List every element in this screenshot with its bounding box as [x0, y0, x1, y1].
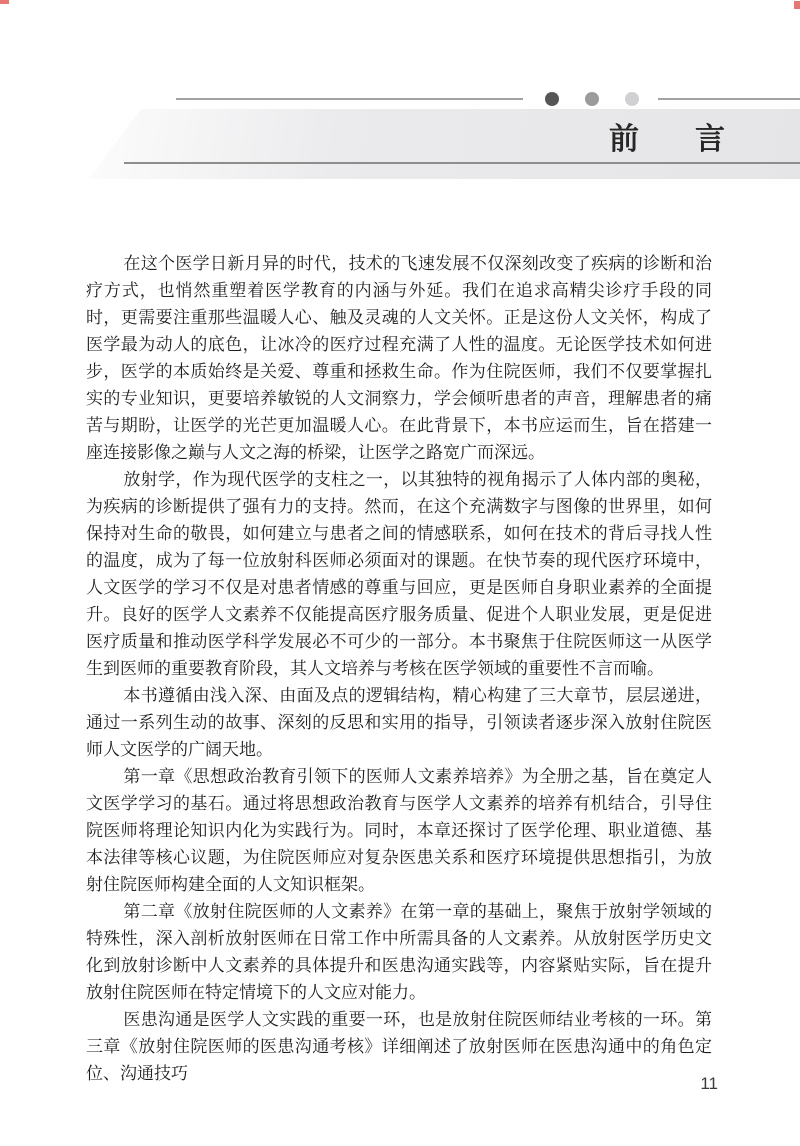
page-title: 前 言: [609, 109, 725, 163]
paragraph-5: 第二章《放射住院医师的人文素养》在第一章的基础上，聚焦于放射学领域的特殊性，深入…: [86, 898, 712, 1006]
decorative-dot-medium: [585, 92, 599, 106]
crop-mark-top-right: [794, 1, 800, 9]
preface-body: 在这个医学日新月异的时代，技术的飞速发展不仅深刻改变了疾病的诊断和治疗方式，也悄…: [86, 250, 712, 1087]
decorative-dot-light: [625, 92, 639, 106]
paragraph-1: 在这个医学日新月异的时代，技术的飞速发展不仅深刻改变了疾病的诊断和治疗方式，也悄…: [86, 250, 712, 466]
page-number: 11: [700, 1074, 718, 1093]
header-rule-right: [658, 98, 800, 100]
page-title-char-2: 言: [695, 114, 725, 158]
header-rule-left: [176, 98, 523, 100]
paragraph-2: 放射学，作为现代医学的支柱之一，以其独特的视角揭示了人体内部的奥秘，为疾病的诊断…: [86, 466, 712, 682]
paragraph-4: 第一章《思想政治教育引领下的医师人文素养培养》为全册之基，旨在奠定人文医学学习的…: [86, 763, 712, 898]
decorative-dot-dark: [545, 92, 559, 106]
book-page: 前 言 在这个医学日新月异的时代，技术的飞速发展不仅深刻改变了疾病的诊断和治疗方…: [0, 0, 800, 1146]
paragraph-3: 本书遵循由浅入深、由面及点的逻辑结构，精心构建了三大章节，层层递进，通过一系列生…: [86, 682, 712, 763]
crop-mark-top-left: [0, 0, 9, 4]
page-title-char-1: 前: [609, 114, 639, 158]
